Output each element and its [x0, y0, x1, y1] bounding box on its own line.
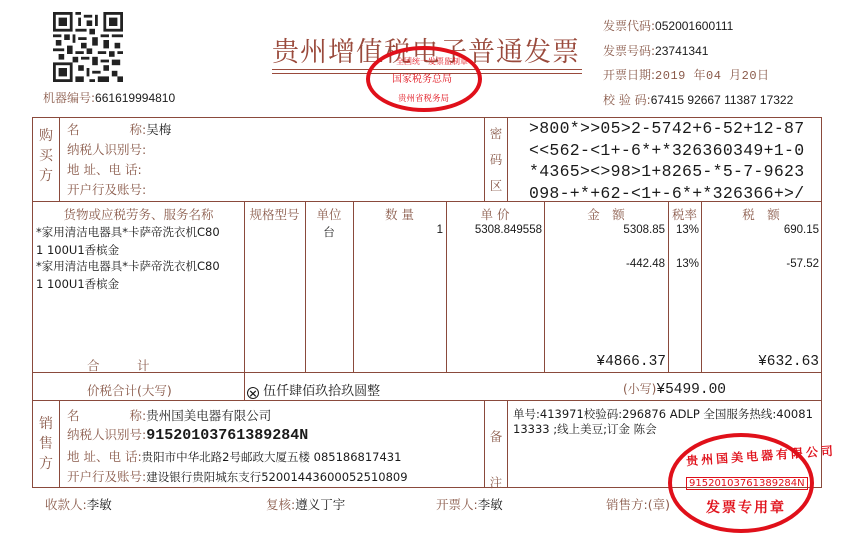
issue-date: 开票日期:2019 年04 月20日: [603, 66, 770, 83]
subtotal-label: 合 计: [87, 356, 150, 374]
item-name-cont: 1 100U1香槟金: [36, 276, 119, 292]
invoice-table: 购 买 方 名 称:吴梅 纳税人识别号: 地 址、电 话: 开户行及账号: 密 …: [32, 117, 822, 488]
col-header-tax-rate: 税率: [668, 205, 701, 223]
item-amount: 5308.85: [544, 224, 665, 236]
machine-number: 机器编号:661619994810: [43, 89, 175, 106]
col-header-name: 货物或应税劳务、服务名称: [33, 205, 244, 223]
total-upper: × 伍仟肆佰玖拾玖圆整: [247, 380, 380, 399]
divider: [507, 118, 508, 201]
item-name-cont: 1 100U1香槟金: [36, 242, 119, 258]
payee: 收款人:李敏: [45, 495, 112, 513]
divider: [59, 400, 60, 488]
item-unit: 台: [305, 224, 353, 240]
buyer-name: 名 称:吴梅: [67, 120, 171, 138]
machine-number-label: 机器编号:: [43, 91, 95, 105]
stamp-arc-text: 全国统一发票监制章: [396, 56, 468, 67]
subtotal-amount: ¥4866.37: [544, 354, 666, 370]
col-header-quantity: 数 量: [353, 205, 446, 223]
buyer-side-label: 购 买 方: [35, 126, 57, 186]
col-header-spec: 规格型号: [244, 205, 305, 223]
col-header-amount: 金 额: [544, 205, 668, 223]
item-tax: -57.52: [701, 258, 819, 270]
subtotal-tax: ¥632.63: [701, 354, 819, 370]
buyer-address: 地 址、电 话:: [67, 160, 142, 178]
cipher-text: >800*>>05>2-5742+6-52+12-87 <<562-<1+-6*…: [529, 118, 804, 204]
check-code: 校 验 码:67415 92667 11387 17322: [603, 91, 793, 108]
col-header-unit-price: 单 价: [446, 205, 544, 223]
seller-name: 名 称:贵州国美电器有限公司: [67, 406, 271, 424]
item-unit-price: 5308.849558: [446, 224, 542, 236]
stamp-middle-text: 国家税务总局: [392, 70, 452, 85]
col-header-tax: 税 额: [701, 205, 821, 223]
invoice-code: 发票代码:052001600111: [603, 17, 733, 34]
qr-code-icon: [53, 12, 123, 82]
divider: [244, 201, 245, 400]
tax-bureau-stamp: 全国统一发票监制章 国家税务总局 贵州省税务局: [366, 46, 482, 112]
divider: [33, 400, 821, 401]
seller-side-label: 销 售 方: [35, 414, 57, 474]
total-upper-label: 价税合计(大写): [87, 381, 172, 399]
item-tax: 690.15: [701, 224, 819, 236]
item-tax-rate: 13%: [668, 258, 699, 270]
remarks-text: 单号:413971校验码:296876 ADLP 全国服务热线:40081 13…: [513, 407, 813, 437]
seller-invoice-stamp: 贵州国美电器有限公司 91520103761389284N 发票专用章: [668, 433, 814, 533]
item-name: *家用清洁电器具*卡萨帝洗衣机C80: [36, 224, 220, 240]
seller-bank: 开户行及账号:建设银行贵阳城东支行52001443600052510809: [67, 467, 408, 485]
col-header-unit: 单位: [305, 205, 353, 223]
seller-address: 地 址、电 话:贵阳市中华北路2号邮政大厦五楼 085186817431: [67, 447, 401, 465]
circled-x-icon: ×: [247, 387, 259, 399]
buyer-tax-id: 纳税人识别号:: [67, 140, 146, 158]
stamp-tax-id: 91520103761389284N: [686, 477, 808, 490]
item-quantity: 1: [353, 224, 443, 236]
invoice-number: 发票号码:23741341: [603, 42, 708, 59]
reviewer: 复核:遵义丁宇: [266, 495, 345, 513]
seller-tax-id: 纳税人识别号:91520103761389284N: [67, 425, 308, 444]
divider: [59, 118, 60, 201]
buyer-bank: 开户行及账号:: [67, 180, 146, 198]
stamp-bottom-text: 贵州省税务局: [398, 92, 449, 104]
divider: [507, 400, 508, 488]
drawer: 开票人:李敏: [436, 495, 503, 513]
stamp-bottom-text: 发票专用章: [706, 497, 786, 517]
item-name: *家用清洁电器具*卡萨帝洗衣机C80: [36, 258, 220, 274]
total-lower: (小写)¥5499.00: [623, 380, 726, 398]
remarks-side-label: 备 注: [485, 414, 507, 506]
cipher-side-label: 密 码 区: [485, 121, 507, 199]
item-amount: -442.48: [544, 258, 665, 270]
divider: [33, 372, 821, 373]
machine-number-value: 661619994810: [95, 91, 175, 105]
seller-seal-label: 销售方:(章): [606, 495, 670, 513]
item-tax-rate: 13%: [668, 224, 699, 236]
